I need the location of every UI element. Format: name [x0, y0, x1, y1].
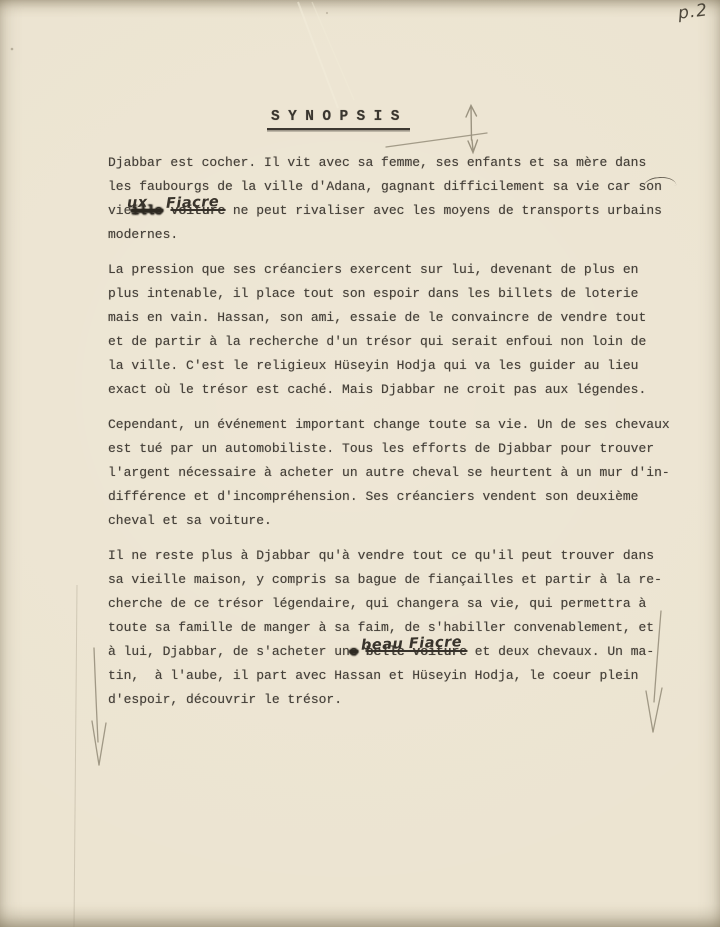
- struck-text: belle voiturebeau Fiacre: [365, 640, 466, 664]
- text-line: plus intenable, il place tout son espoir…: [108, 282, 688, 306]
- text-line: différence et d'incompréhension. Ses cré…: [108, 485, 688, 509]
- typed-text: mais en vain. Hassan, son ami, essaie de…: [108, 306, 646, 330]
- typed-text: modernes.: [108, 223, 178, 247]
- typed-text: cheval et sa voiture.: [108, 509, 272, 533]
- bottom-left-down-arrow-icon: [92, 648, 106, 765]
- struck-text: illeux: [131, 199, 162, 223]
- paper-speck: [11, 48, 14, 51]
- struck-text: voitureFiacre: [170, 199, 225, 223]
- up-arrow-icon: [466, 106, 477, 141]
- typed-text: l'argent nécessaire à acheter un autre c…: [108, 461, 670, 485]
- paragraph: Cependant, un événement important change…: [108, 413, 688, 533]
- paper-crease: [312, 2, 354, 100]
- typed-text: tin, à l'aube, il part avec Hassan et Hü…: [108, 664, 639, 688]
- typed-text: La pression que ses créanciers exercent …: [108, 258, 639, 282]
- text-line: mais en vain. Hassan, son ami, essaie de…: [108, 306, 688, 330]
- handwritten-correction: ux: [127, 196, 148, 211]
- paper-edge-crease: [74, 585, 77, 927]
- text-line: à lui, Djabbar, de s'acheter une belle v…: [108, 640, 688, 664]
- typed-text: et de partir à la recherche d'un trésor …: [108, 330, 646, 354]
- typed-text: à lui, Djabbar, de s'acheter un: [108, 640, 350, 664]
- diagonal-pencil-line: [386, 133, 487, 147]
- typed-text: on: [646, 175, 662, 199]
- typed-text: d'espoir, découvrir le trésor.: [108, 688, 342, 712]
- typed-text: cherche de ce trésor légendaire, qui cha…: [108, 592, 646, 616]
- paragraph: Djabbar est cocher. Il vit avec sa femme…: [108, 151, 688, 247]
- text-line: cherche de ce trésor légendaire, qui cha…: [108, 592, 688, 616]
- text-line: et de partir à la recherche d'un trésor …: [108, 330, 688, 354]
- text-line: Cependant, un événement important change…: [108, 413, 688, 437]
- text-line: la ville. C'est le religieux Hüseyin Hod…: [108, 354, 688, 378]
- text-line: d'espoir, découvrir le trésor.: [108, 688, 688, 712]
- typed-text: plus intenable, il place tout son espoir…: [108, 282, 639, 306]
- typed-text: ne peut rivaliser avec les moyens de tra…: [225, 199, 662, 223]
- text-line: tin, à l'aube, il part avec Hassan et Hü…: [108, 664, 688, 688]
- text-line: est tué par un automobiliste. Tous les e…: [108, 437, 688, 461]
- text-line: Djabbar est cocher. Il vit avec sa femme…: [108, 151, 688, 175]
- handwritten-correction: beau Fiacre: [361, 635, 463, 653]
- text-line: modernes.: [108, 223, 688, 247]
- text-line: exact où le trésor est caché. Mais Djabb…: [108, 378, 688, 402]
- typed-text: exact où le trésor est caché. Mais Djabb…: [108, 378, 646, 402]
- document-page: p.2 SYNOPSIS Djabbar est cocher. Il vit …: [0, 0, 720, 927]
- page-number-annotation: p.2: [677, 0, 709, 24]
- text-line: vieilleux voitureFiacre ne peut rivalise…: [108, 199, 688, 223]
- text-line: cheval et sa voiture.: [108, 509, 688, 533]
- typed-text: Djabbar est cocher. Il vit avec sa femme…: [108, 151, 646, 175]
- typed-text: sa vieille maison, y compris sa bague de…: [108, 568, 662, 592]
- typed-text: est tué par un automobiliste. Tous les e…: [108, 437, 654, 461]
- paper-speck: [326, 12, 328, 14]
- text-line: Il ne reste plus à Djabbar qu'à vendre t…: [108, 544, 688, 568]
- paper-crease: [298, 2, 338, 108]
- struck-text: e: [350, 640, 358, 664]
- paragraph: La pression que ses créanciers exercent …: [108, 258, 688, 402]
- typed-text: Cependant, un événement important change…: [108, 413, 670, 437]
- typed-text: et deux chevaux. Un ma-: [467, 640, 654, 664]
- typed-text: la ville. C'est le religieux Hüseyin Hod…: [108, 354, 639, 378]
- handwritten-correction: Fiacre: [166, 195, 220, 211]
- typed-text: différence et d'incompréhension. Ses cré…: [108, 485, 639, 509]
- paragraph: Il ne reste plus à Djabbar qu'à vendre t…: [108, 544, 688, 712]
- document-title: SYNOPSIS: [267, 109, 410, 130]
- text-line: l'argent nécessaire à acheter un autre c…: [108, 461, 688, 485]
- typed-body: Djabbar est cocher. Il vit avec sa femme…: [108, 151, 688, 723]
- text-line: sa vieille maison, y compris sa bague de…: [108, 568, 688, 592]
- typed-text: Il ne reste plus à Djabbar qu'à vendre t…: [108, 544, 654, 568]
- text-line: La pression que ses créanciers exercent …: [108, 258, 688, 282]
